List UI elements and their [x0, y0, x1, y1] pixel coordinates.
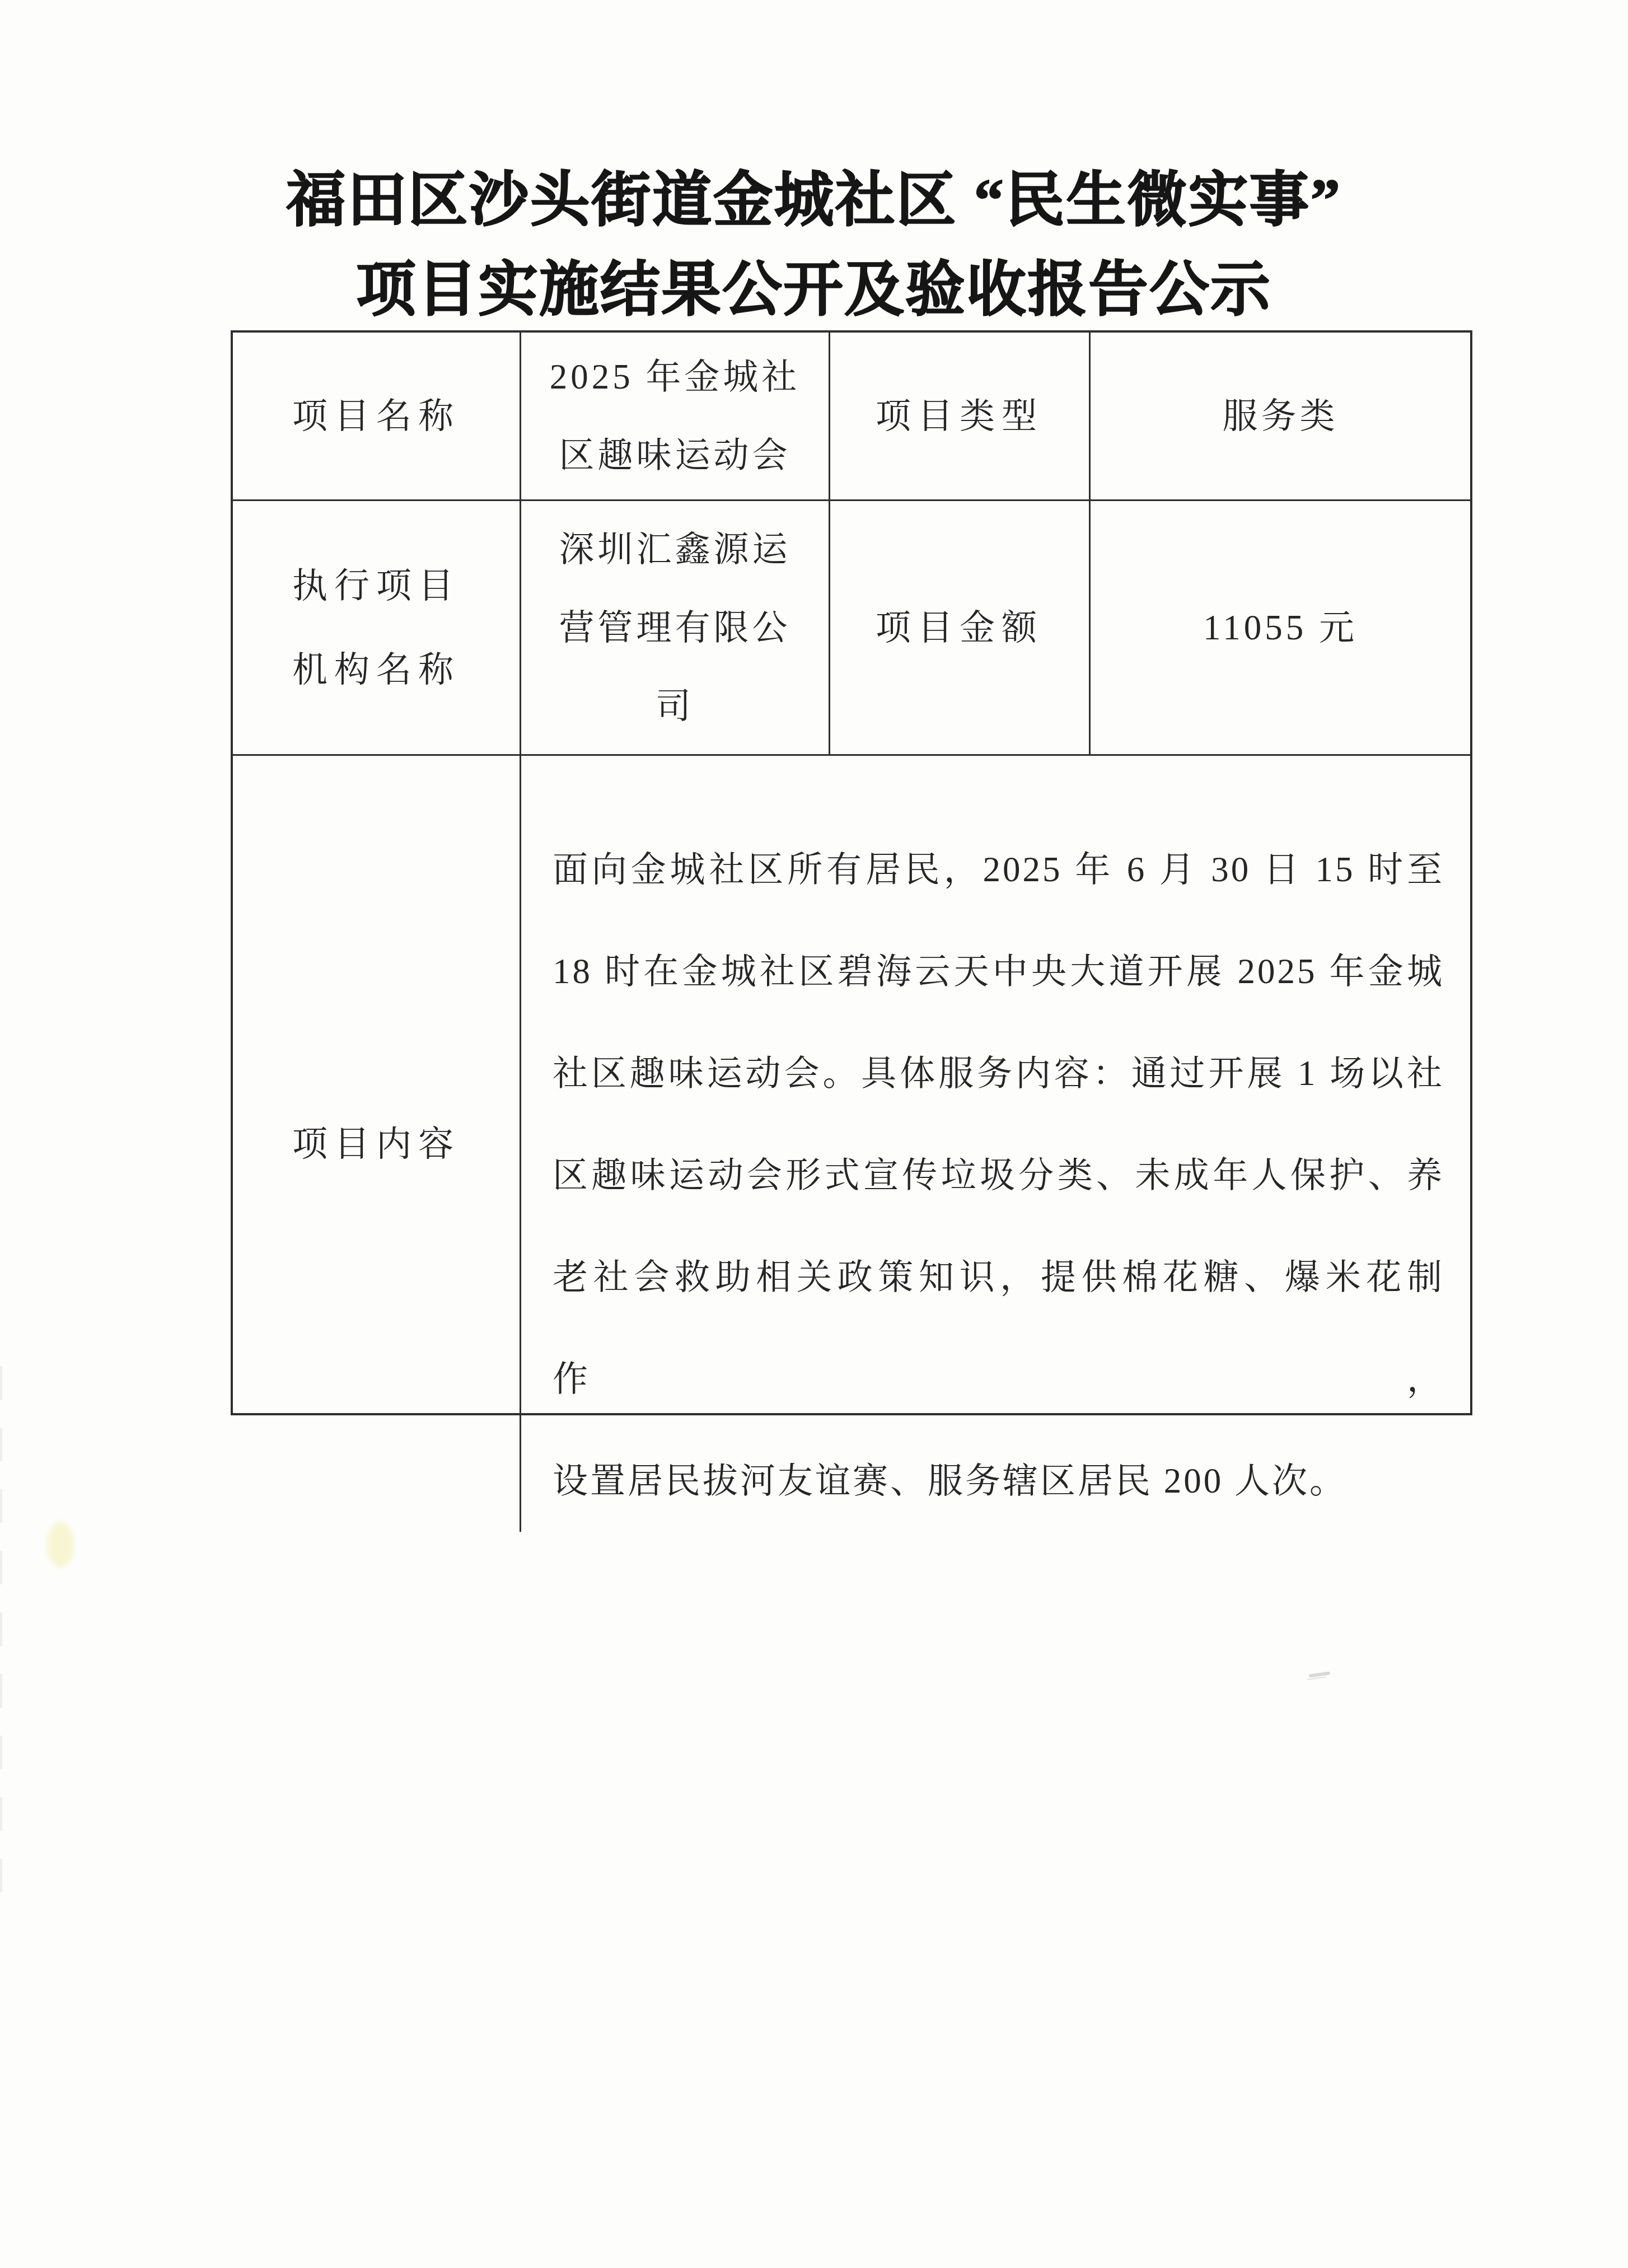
project-name-value: 2025 年金城社区趣味运动会 [550, 338, 801, 494]
project-amount-value: 11055 元 [1203, 586, 1358, 670]
project-type-label: 项目类型 [876, 374, 1044, 458]
document-title-line1: 福田区沙头街道金城社区 “民生微实事” [0, 156, 1628, 245]
project-amount-label: 项目金额 [876, 586, 1044, 670]
document-title: 福田区沙头街道金城社区 “民生微实事” 项目实施结果公开及验收报告公示 [0, 156, 1628, 335]
executing-org-label: 执行项目机构名称 [292, 544, 460, 712]
cell-project-type-value: 服务类 [1091, 333, 1470, 501]
cell-project-amount-value: 11055 元 [1091, 501, 1470, 756]
cell-project-content-label: 项目内容 [233, 756, 521, 1532]
scan-artifact-yellow-blob [47, 1522, 74, 1568]
cell-project-amount-label: 项目金额 [830, 501, 1091, 756]
cell-project-type-label: 项目类型 [830, 333, 1091, 501]
scan-artifact-left-edge [0, 1366, 2, 1892]
cell-project-name-label: 项目名称 [233, 333, 521, 501]
cell-executing-org-value: 深圳汇鑫源运营管理有限公司 [521, 501, 830, 756]
project-content-text: 面向金城社区所有居民，2025 年 6 月 30 日 15 时至18 时在金城社… [553, 819, 1444, 1532]
executing-org-value: 深圳汇鑫源运营管理有限公司 [559, 510, 791, 745]
scan-artifact-pencil-mark [1309, 1671, 1330, 1677]
scanned-notice-page: { "page": { "title_line1": "福田区沙头街道金城社区 … [0, 0, 1628, 2268]
cell-executing-org-label: 执行项目机构名称 [233, 501, 521, 756]
project-name-label: 项目名称 [292, 374, 460, 458]
document-title-line2: 项目实施结果公开及验收报告公示 [0, 245, 1628, 335]
project-content-label: 项目内容 [292, 1102, 460, 1186]
notice-table: 项目名称 2025 年金城社区趣味运动会 项目类型 服务类 执行项目机构名称 深… [231, 330, 1472, 1415]
cell-project-name-value: 2025 年金城社区趣味运动会 [521, 333, 830, 501]
cell-project-content-text: 面向金城社区所有居民，2025 年 6 月 30 日 15 时至18 时在金城社… [521, 756, 1470, 1532]
project-type-value: 服务类 [1223, 374, 1339, 458]
